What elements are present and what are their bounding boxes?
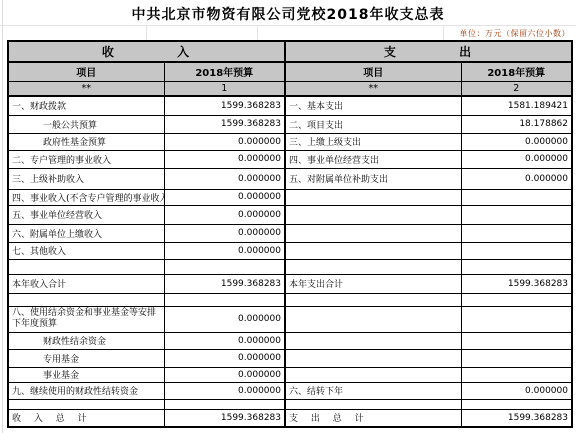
expense-value-cell [461, 242, 572, 259]
income-item-cell: 五、事业单位经营收入 [8, 205, 164, 224]
income-value-cell [164, 259, 285, 274]
expense-value-cell [461, 189, 572, 205]
gridline-vertical [443, 25, 444, 40]
expense-value-cell [461, 349, 572, 367]
income-value-cell: 1599.368283 [164, 96, 285, 115]
income-item-cell: 一般公共预算 [8, 115, 164, 133]
expense-item-cell: 四、事业单位经营支出 [285, 150, 461, 168]
income-value-cell: 1599.368283 [164, 115, 285, 133]
section-header-row: 收 入 支 出 [8, 41, 572, 62]
grand-total-row: 收 入 总 计 1599.368283 支 出 总 计 1599.368283 [8, 409, 572, 427]
unit-note: 单位：万元（保留六位小数） [460, 28, 571, 39]
subtotal-row: 本年收入合计 1599.368283 本年支出合计 1599.368283 [8, 274, 572, 293]
budget-table: 收 入 支 出 项目 2018年预算 项目 2018年预算 ** 1 ** 2 … [7, 40, 573, 428]
expense-value-cell: 1599.368283 [461, 274, 572, 293]
expense-value-cell [461, 293, 572, 306]
income-value-cell: 0.000000 [164, 133, 285, 150]
income-value-cell: 0.000000 [164, 242, 285, 259]
table-row: 七、其他收入 0.000000 [8, 242, 572, 259]
income-item-cell: 六、附属单位上缴收入 [8, 224, 164, 242]
income-item-cell: 一、财政拨款 [8, 96, 164, 115]
expense-item-cell [285, 224, 461, 242]
expense-budget-code: 2 [461, 81, 572, 96]
gridline-horizontal [0, 25, 576, 26]
income-item-cell [8, 259, 164, 274]
expense-value-cell [461, 205, 572, 224]
expense-item-cell: 六、结转下年 [285, 382, 461, 399]
income-item-cell: 三、上级补助收入 [8, 168, 164, 189]
income-item-cell [8, 293, 164, 306]
table-row: 政府性基金预算 0.000000 三、上缴上级支出 0.000000 [8, 133, 572, 150]
code-row: ** 1 ** 2 [8, 81, 572, 96]
income-item-code: ** [8, 81, 164, 96]
expense-item-col-header: 项目 [285, 62, 461, 81]
expense-item-cell [285, 259, 461, 274]
income-item-cell: 九、继续使用的财政性结转资金 [8, 382, 164, 399]
table-row [8, 399, 572, 409]
expense-budget-col-header: 2018年预算 [461, 62, 572, 81]
table-row: 一般公共预算 1599.368283 二、项目支出 18.178862 [8, 115, 572, 133]
expense-value-cell [461, 224, 572, 242]
income-total-value-cell: 1599.368283 [164, 409, 285, 427]
table-row: 五、事业单位经营收入 0.000000 [8, 205, 572, 224]
income-item-cell: 本年收入合计 [8, 274, 164, 293]
sheet-margin-gridline [2, 0, 3, 433]
income-value-cell: 0.000000 [164, 332, 285, 349]
table-row: 四、事业收入(不含专户管理的事业收入) 0.000000 [8, 189, 572, 205]
income-value-cell [164, 399, 285, 409]
expense-value-cell [461, 332, 572, 349]
expense-item-cell [285, 349, 461, 367]
expense-item-code: ** [285, 81, 461, 96]
income-item-cell [8, 399, 164, 409]
expense-item-cell: 本年支出合计 [285, 274, 461, 293]
income-budget-code: 1 [164, 81, 285, 96]
table-row: 三、上级补助收入 0.000000 五、对附属单位补助支出 0.000000 [8, 168, 572, 189]
table-row: 八、使用结余资金和事业基金等安排下年度预算 0.000000 [8, 306, 572, 332]
table-row: 一、财政拨款 1599.368283 一、基本支出 1581.189421 [8, 96, 572, 115]
expense-section-header: 支 出 [285, 41, 572, 62]
income-value-cell [164, 293, 285, 306]
expense-item-cell [285, 293, 461, 306]
income-item-cell: 财政性结余资金 [8, 332, 164, 349]
table-row: 专用基金 0.000000 [8, 349, 572, 367]
expense-value-cell: 0.000000 [461, 150, 572, 168]
income-item-cell: 八、使用结余资金和事业基金等安排下年度预算 [8, 306, 164, 332]
gridline-vertical [257, 25, 258, 40]
income-item-cell: 七、其他收入 [8, 242, 164, 259]
expense-total-label-cell: 支 出 总 计 [285, 409, 461, 427]
table-row: 二、专户管理的事业收入 0.000000 四、事业单位经营支出 0.000000 [8, 150, 572, 168]
income-budget-col-header: 2018年预算 [164, 62, 285, 81]
expense-item-cell [285, 306, 461, 332]
expense-value-cell: 1581.189421 [461, 96, 572, 115]
expense-item-cell [285, 399, 461, 409]
page-title: 中共北京市物资有限公司党校2018年收支总表 [0, 4, 576, 24]
expense-value-cell [461, 259, 572, 274]
table-row: 事业基金 0.000000 [8, 367, 572, 382]
spreadsheet-page: 中共北京市物资有限公司党校2018年收支总表 单位：万元（保留六位小数） 收 入… [0, 0, 576, 433]
income-value-cell: 0.000000 [164, 349, 285, 367]
expense-value-cell [461, 367, 572, 382]
table-row: 九、继续使用的财政性结转资金 0.000000 六、结转下年 0.000000 [8, 382, 572, 399]
income-value-cell: 0.000000 [164, 150, 285, 168]
income-item-cell: 专用基金 [8, 349, 164, 367]
expense-total-value-cell: 1599.368283 [461, 409, 572, 427]
expense-item-cell [285, 189, 461, 205]
expense-item-cell: 三、上缴上级支出 [285, 133, 461, 150]
income-item-cell: 四、事业收入(不含专户管理的事业收入) [8, 189, 164, 205]
income-item-cell: 政府性基金预算 [8, 133, 164, 150]
expense-value-cell [461, 306, 572, 332]
expense-value-cell: 18.178862 [461, 115, 572, 133]
income-value-cell: 0.000000 [164, 205, 285, 224]
income-value-cell: 0.000000 [164, 224, 285, 242]
expense-item-cell [285, 205, 461, 224]
expense-item-cell [285, 332, 461, 349]
table-row: 财政性结余资金 0.000000 [8, 332, 572, 349]
income-total-label-cell: 收 入 总 计 [8, 409, 164, 427]
expense-item-cell: 二、项目支出 [285, 115, 461, 133]
income-value-cell: 0.000000 [164, 367, 285, 382]
income-value-cell: 0.000000 [164, 306, 285, 332]
table-row [8, 259, 572, 274]
income-item-col-header: 项目 [8, 62, 164, 81]
income-section-header: 收 入 [8, 41, 285, 62]
column-header-row: 项目 2018年预算 项目 2018年预算 [8, 62, 572, 81]
expense-value-cell [461, 399, 572, 409]
expense-item-cell: 五、对附属单位补助支出 [285, 168, 461, 189]
expense-value-cell: 0.000000 [461, 168, 572, 189]
expense-item-cell: 一、基本支出 [285, 96, 461, 115]
table-row: 六、附属单位上缴收入 0.000000 [8, 224, 572, 242]
income-value-cell: 1599.368283 [164, 274, 285, 293]
income-value-cell: 0.000000 [164, 168, 285, 189]
income-item-cell: 二、专户管理的事业收入 [8, 150, 164, 168]
expense-value-cell: 0.000000 [461, 133, 572, 150]
expense-item-cell [285, 242, 461, 259]
table-row [8, 293, 572, 306]
income-value-cell: 0.000000 [164, 382, 285, 399]
gridline-vertical [146, 25, 147, 40]
expense-value-cell: 0.000000 [461, 382, 572, 399]
income-value-cell: 0.000000 [164, 189, 285, 205]
income-item-cell: 事业基金 [8, 367, 164, 382]
expense-item-cell [285, 367, 461, 382]
